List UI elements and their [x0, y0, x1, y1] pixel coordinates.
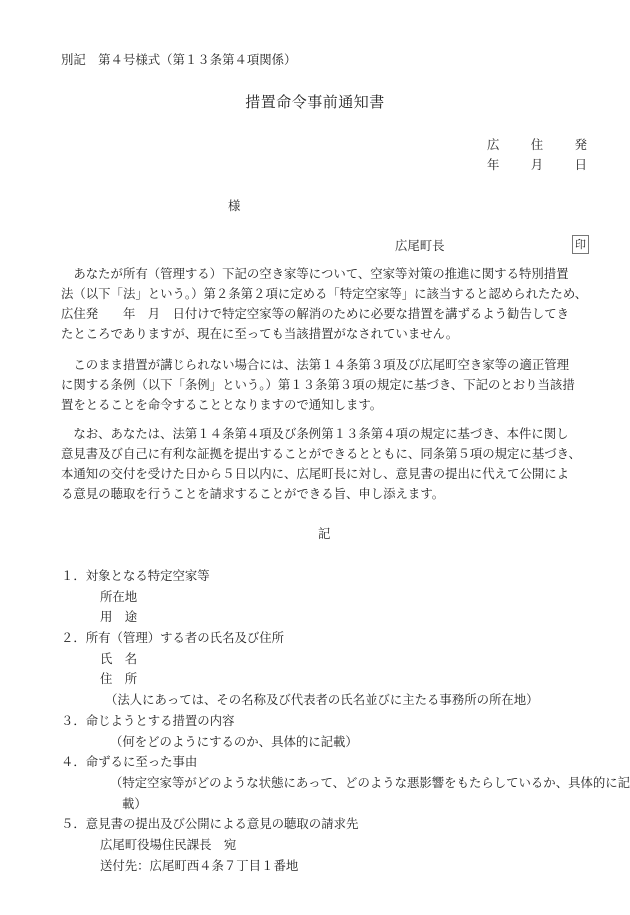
- paragraph-line: 置をとることを命令することとなりますので通知します。: [61, 395, 591, 415]
- paragraph-line: 本通知の交付を受けた日から５日以内に、広尾町長に対し、意見書の提出に代えて公開に…: [61, 464, 591, 484]
- date-day: 日: [575, 155, 587, 175]
- paragraph-line: なお、あなたは、法第１４条第４項及び条例第１３条第４項の規定に基づき、本件に関し: [61, 424, 591, 444]
- date-year: 年: [487, 155, 499, 175]
- paragraph-line: る意見の聴取を行うことを請求することができる旨、申し添えます。: [61, 484, 591, 504]
- doc-number-part: 広: [487, 135, 499, 155]
- item-4-note-cont: 載）: [61, 794, 621, 815]
- item-5-heading: ５．意見書の提出及び公開による意見の聴取の請求先: [61, 814, 621, 835]
- item-1-heading: １．対象となる特定空家等: [61, 566, 621, 587]
- paragraph-line: たところでありますが、現在に至っても当該措置がなされていません。: [61, 324, 591, 344]
- item-4-heading: ４．命ずるに至った事由: [61, 752, 621, 773]
- date-month: 月: [531, 155, 543, 175]
- doc-number-part: 発: [575, 135, 587, 155]
- issuer-name: 広尾町長: [395, 236, 445, 256]
- paragraph-line: このまま措置が講じられない場合には、法第１４条第３項及び広尾町空き家等の適正管理: [61, 355, 591, 375]
- paragraph-line: 法（以下「法」という。）第２条第２項に定める「特定空家等」に該当すると認められた…: [61, 284, 591, 304]
- item-1-use: 用 途: [61, 607, 621, 628]
- item-2-note: （法人にあっては、その名称及び代表者の氏名並びに主たる事務所の所在地）: [61, 690, 621, 711]
- item-2-name: 氏 名: [61, 649, 621, 670]
- body-paragraph-3: なお、あなたは、法第１４条第４項及び条例第１３条第４項の規定に基づき、本件に関し…: [61, 424, 591, 504]
- item-4-note: （特定空家等がどのような状態にあって、どのような悪影響をもたらしているか、具体的…: [61, 773, 621, 794]
- document-title: 措置命令事前通知書: [0, 92, 630, 112]
- paragraph-line: 意見書及び自己に有利な証拠を提出することができるとともに、同条第５項の規定に基づ…: [61, 444, 591, 464]
- addressee-suffix: 様: [228, 196, 240, 216]
- document-date: 年 月 日: [487, 155, 587, 175]
- body-paragraph-1: あなたが所有（管理する）下記の空き家等について、空家等対策の推進に関する特別措置…: [61, 264, 591, 344]
- paragraph-line: に関する条例（以下「条例」という。）第１３条第３項の規定に基づき、下記のとおり当…: [61, 375, 591, 395]
- item-3-heading: ３．命じようとする措置の内容: [61, 711, 621, 732]
- item-list: １．対象となる特定空家等 所在地 用 途 ２．所有（管理）する者の氏名及び住所 …: [61, 566, 621, 876]
- document-number: 広 住 発: [487, 135, 587, 155]
- ki-heading: 記: [318, 524, 330, 544]
- form-label: 別記 第４号様式（第１３条第４項関係）: [61, 50, 296, 70]
- seal-stamp-icon: 印: [572, 235, 589, 254]
- item-2-address: 住 所: [61, 669, 621, 690]
- body-paragraph-2: このまま措置が講じられない場合には、法第１４条第３項及び広尾町空き家等の適正管理…: [61, 355, 591, 415]
- item-5-recipient: 広尾町役場住民課長 宛: [61, 835, 621, 856]
- paragraph-line: あなたが所有（管理する）下記の空き家等について、空家等対策の推進に関する特別措置: [61, 264, 591, 284]
- item-2-heading: ２．所有（管理）する者の氏名及び住所: [61, 628, 621, 649]
- item-1-location: 所在地: [61, 587, 621, 608]
- doc-number-part: 住: [531, 135, 543, 155]
- item-3-note: （何をどのようにするのか、具体的に記載）: [61, 732, 621, 753]
- paragraph-line: 広住発 年 月 日付けで特定空家等の解消のために必要な措置を講ずるよう勧告してき: [61, 304, 591, 324]
- item-5-address: 送付先：広尾町西４条７丁目１番地: [61, 856, 621, 877]
